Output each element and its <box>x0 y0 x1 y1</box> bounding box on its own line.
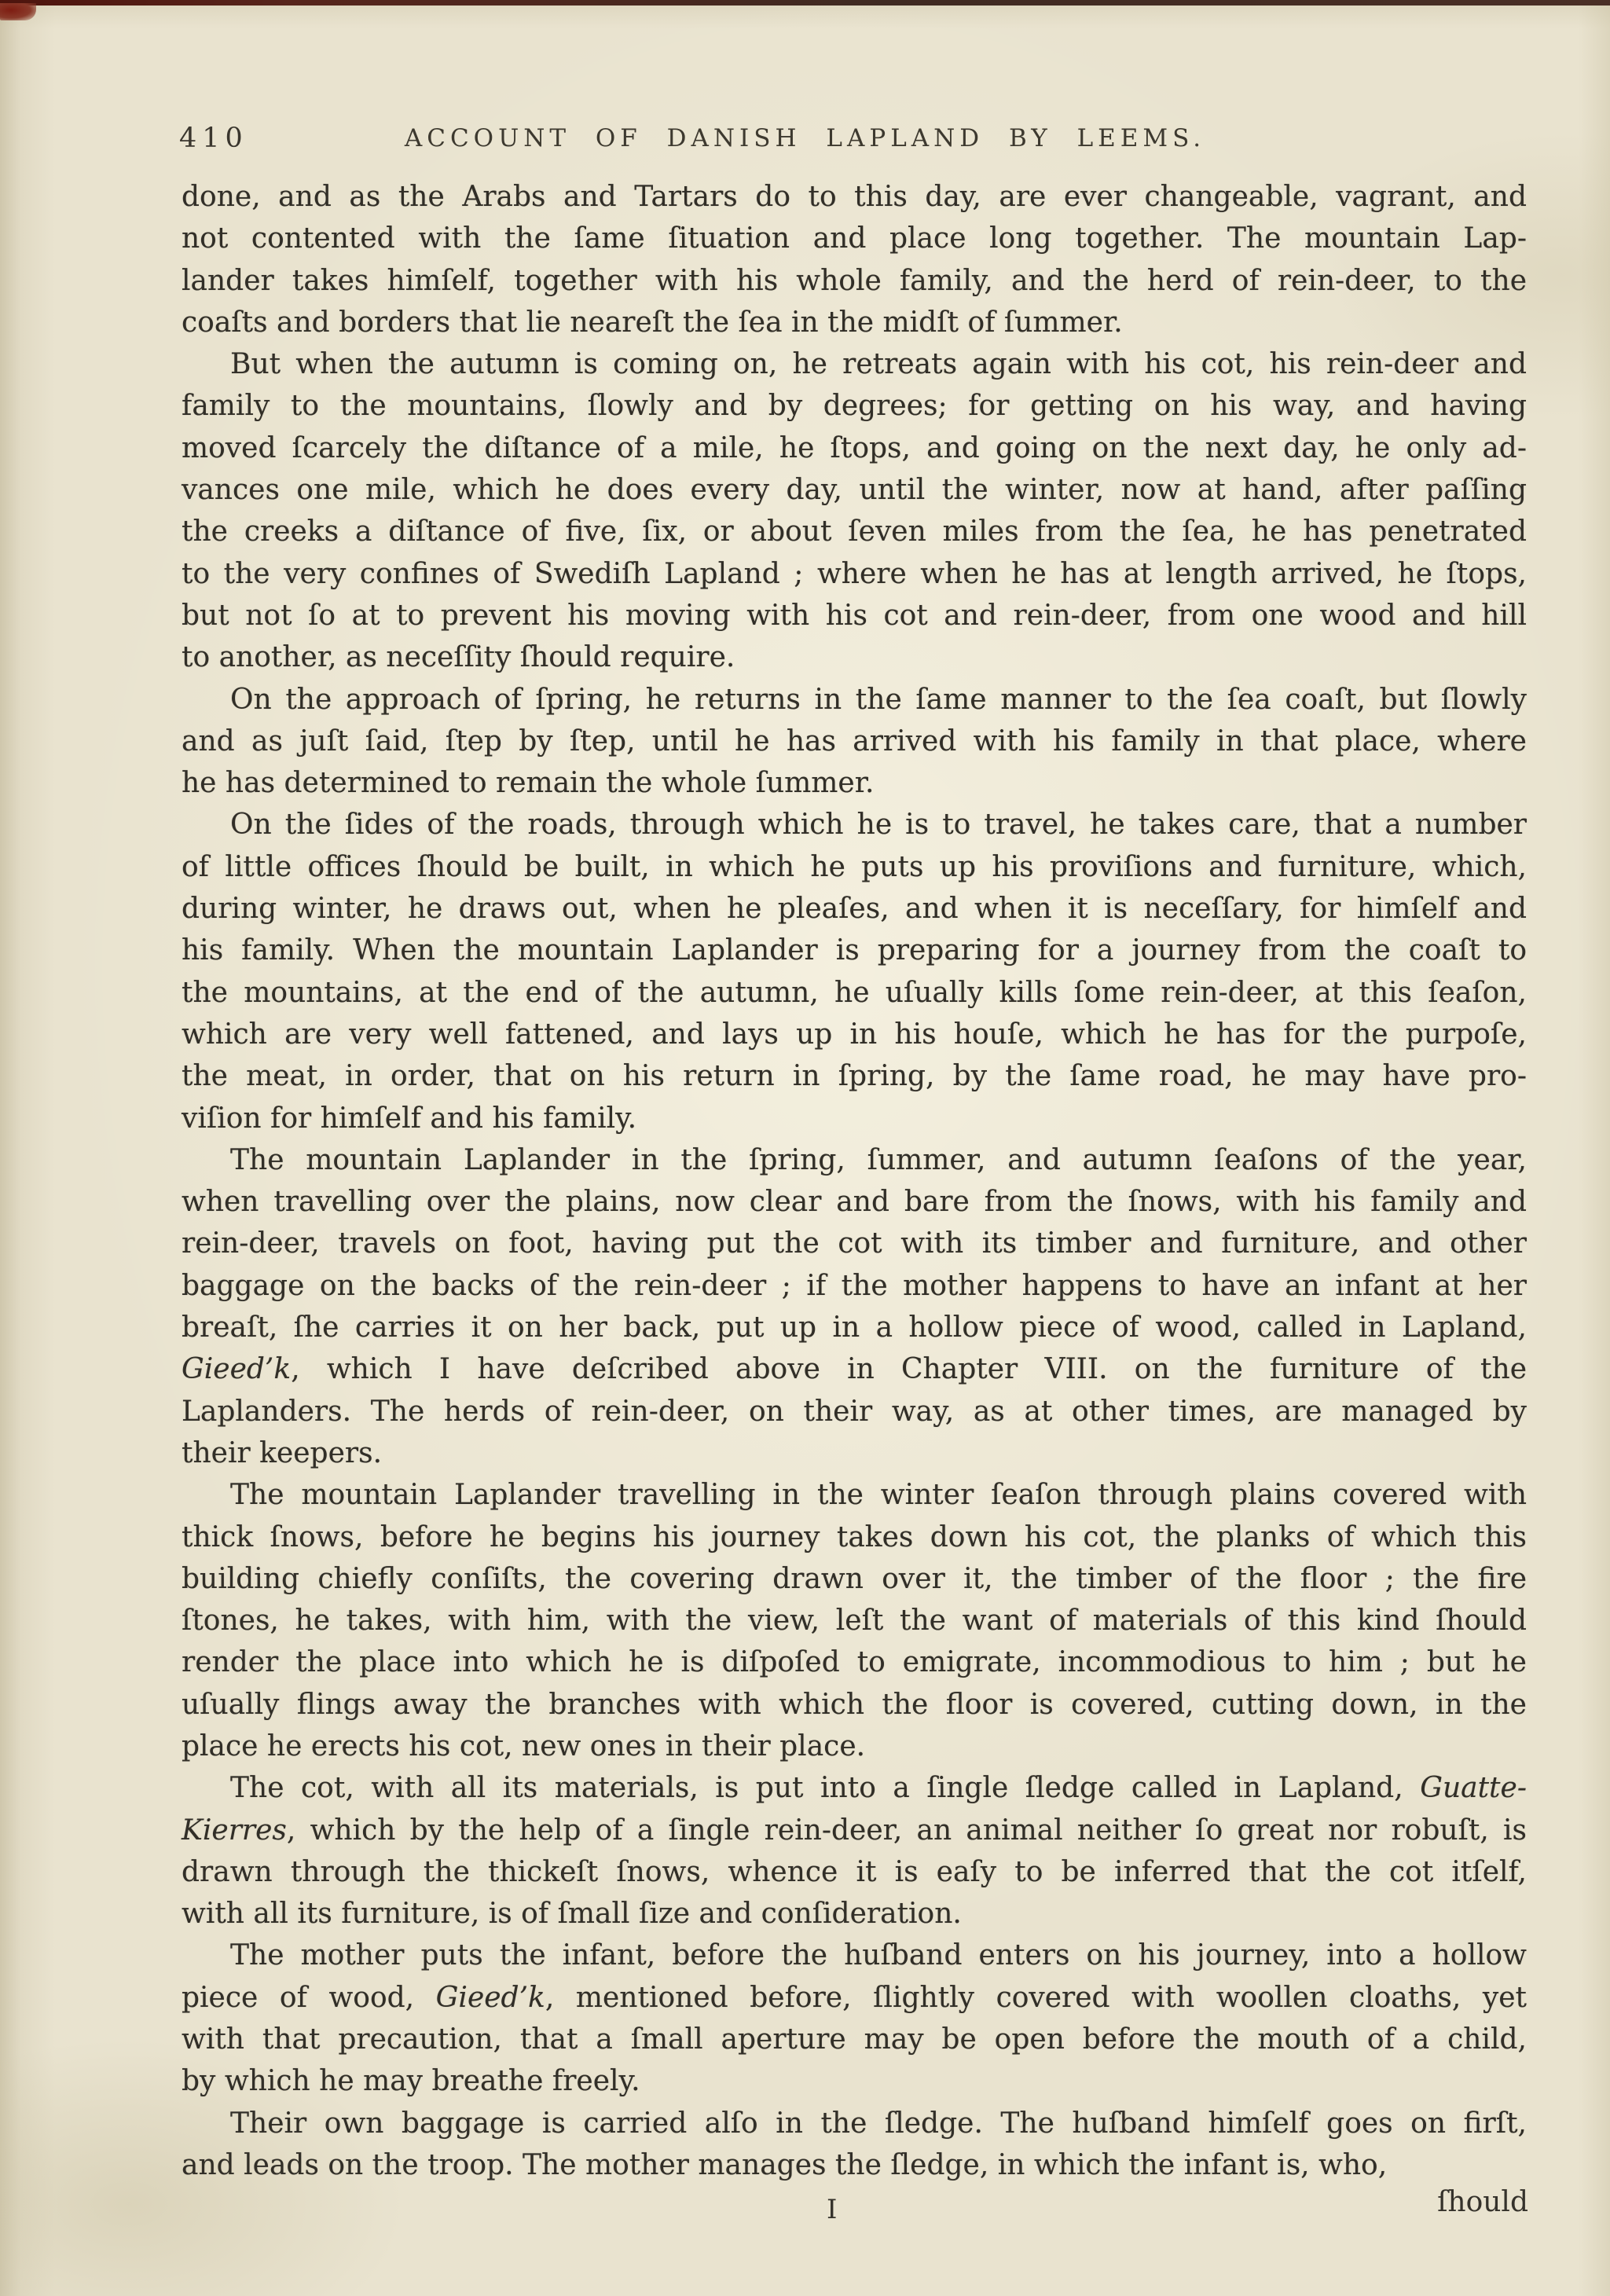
text-line: ſtones, he takes, with him, with the vie… <box>182 1600 1527 1641</box>
paragraph: done, and as the Arabs and Tartars do to… <box>182 176 1527 343</box>
text-line: of little offices ſhould be built, in wh… <box>182 846 1527 888</box>
text-line: which are very well fattened, and lays u… <box>182 1014 1527 1055</box>
text-line: with that precaution, that a ſmall apert… <box>182 2019 1527 2060</box>
text-line: the mountains, at the end of the autumn,… <box>182 972 1527 1014</box>
text-line: he has determined to remain the whole ſu… <box>182 762 1527 804</box>
text-line: The mountain Laplander in the ſpring, ſu… <box>182 1139 1527 1181</box>
text-line: place he erects his cot, new ones in the… <box>182 1726 1527 1767</box>
body-text: done, and as the Arabs and Tartars do to… <box>182 176 1527 2186</box>
text-line: rein-deer, travels on foot, having put t… <box>182 1223 1527 1264</box>
text-line: when travelling over the plains, now cle… <box>182 1181 1527 1223</box>
text-line: and as juſt ſaid, ſtep by ſtep, until he… <box>182 721 1527 762</box>
text-line: vances one mile, which he does every day… <box>182 469 1527 511</box>
book-page: 410 ACCOUNT OF DANISH LAPLAND BY LEEMS. … <box>0 0 1610 2296</box>
text-line: breaſt, ſhe carries it on her back, put … <box>182 1307 1527 1348</box>
text-line: not contented with the ſame ſituation an… <box>182 218 1527 259</box>
text-line: to another, as neceſſity ſhould require. <box>182 636 1527 678</box>
running-title: ACCOUNT OF DANISH LAPLAND BY LEEMS. <box>0 124 1610 152</box>
text-line: but not ſo at to prevent his moving with… <box>182 595 1527 636</box>
paragraph: On the approach of ſpring, he returns in… <box>182 679 1527 805</box>
page-header: 410 ACCOUNT OF DANISH LAPLAND BY LEEMS. <box>0 116 1610 163</box>
text-line: piece of wood, Gieed’k, mentioned before… <box>182 1977 1527 2019</box>
signature-mark: I <box>827 2194 838 2225</box>
text-line: to the very confines of Swediſh Lapland … <box>182 553 1527 595</box>
text-line: done, and as the Arabs and Tartars do to… <box>182 176 1527 218</box>
text-line: Gieed’k, which I have deſcribed above in… <box>182 1348 1527 1390</box>
text-line: family to the mountains, ſlowly and by d… <box>182 385 1527 427</box>
text-line: The mother puts the infant, before the h… <box>182 1935 1527 1976</box>
text-line: render the place into which he is diſpoſ… <box>182 1641 1527 1683</box>
text-line: coaſts and borders that lie neareſt the … <box>182 302 1527 343</box>
paragraph: Their own baggage is carried alſo in the… <box>182 2103 1527 2187</box>
paragraph: But when the autumn is coming on, he ret… <box>182 343 1527 678</box>
text-line: drawn through the thickeſt ſnows, whence… <box>182 1851 1527 1893</box>
page-top-edge <box>0 0 1610 6</box>
text-line: thick ſnows, before he begins his journe… <box>182 1517 1527 1558</box>
text-line: the meat, in order, that on his return i… <box>182 1055 1527 1097</box>
paragraph: On the ſides of the roads, through which… <box>182 804 1527 1139</box>
page-footer: I ſhould <box>0 2183 1610 2238</box>
text-line: But when the autumn is coming on, he ret… <box>182 343 1527 385</box>
text-line: Their own baggage is carried alſo in the… <box>182 2103 1527 2144</box>
text-line: baggage on the backs of the rein-deer ; … <box>182 1265 1527 1307</box>
paragraph: The cot, with all its materials, is put … <box>182 1767 1527 1935</box>
catchword: ſhould <box>1437 2186 1528 2218</box>
text-line: On the approach of ſpring, he returns in… <box>182 679 1527 721</box>
text-line: during winter, he draws out, when he ple… <box>182 888 1527 930</box>
paragraph: The mountain Laplander travelling in the… <box>182 1474 1527 1767</box>
text-line: The mountain Laplander travelling in the… <box>182 1474 1527 1516</box>
text-line: Kierres, which by the help of a ſingle r… <box>182 1810 1527 1851</box>
paragraph: The mountain Laplander in the ſpring, ſu… <box>182 1139 1527 1474</box>
text-line: On the ſides of the roads, through which… <box>182 804 1527 845</box>
text-line: the creeks a diſtance of five, ſix, or a… <box>182 511 1527 552</box>
binding-corner-mark <box>0 3 36 20</box>
text-line: his family. When the mountain Laplander … <box>182 930 1527 971</box>
paragraph: The mother puts the infant, before the h… <box>182 1935 1527 2102</box>
text-line: and leads on the troop. The mother manag… <box>182 2144 1527 2186</box>
text-line: viſion for himſelf and his family. <box>182 1098 1527 1139</box>
text-line: building chiefly conſiſts, the covering … <box>182 1558 1527 1600</box>
text-line: The cot, with all its materials, is put … <box>182 1767 1527 1809</box>
text-line: their keepers. <box>182 1432 1527 1474</box>
text-line: with all its furniture, is of ſmall ſize… <box>182 1893 1527 1935</box>
text-line: uſually flings away the branches with wh… <box>182 1684 1527 1726</box>
text-line: by which he may breathe freely. <box>182 2060 1527 2102</box>
text-line: lander takes himſelf, together with his … <box>182 260 1527 302</box>
text-line: Laplanders. The herds of rein-deer, on t… <box>182 1391 1527 1432</box>
text-line: moved ſcarcely the diſtance of a mile, h… <box>182 427 1527 469</box>
